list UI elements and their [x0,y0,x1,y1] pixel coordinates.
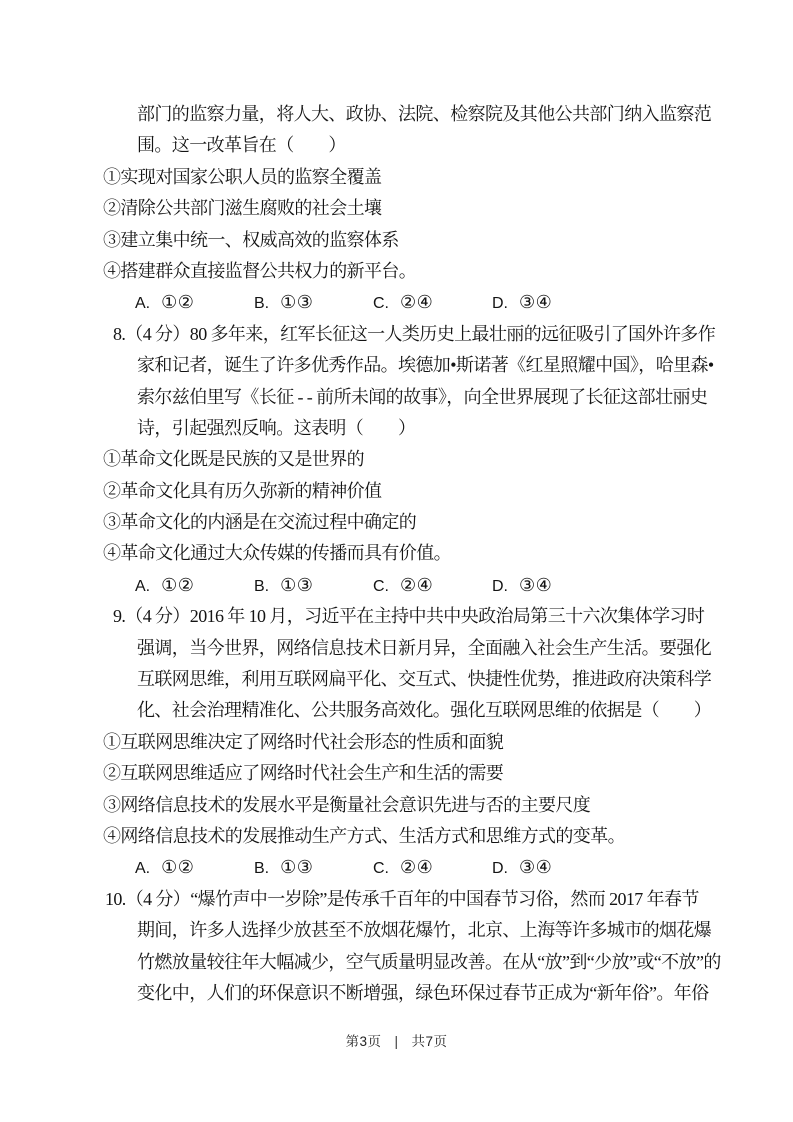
option-value: ③④ [519,292,552,312]
option-value: ①② [161,575,194,595]
question-choice-item: ③网络信息技术的发展水平是衡量社会意识先进与否的主要尺度 [103,790,743,821]
option-label: D. [492,860,508,877]
question-stem-line: 变化中，人们的环保意识不断增强，绿色环保过春节正成为“新年俗”。年俗 [103,978,743,1009]
question-stem-line: 强调，当今世界，网络信息技术日新月异，全面融入社会生产生活。要强化 [103,633,743,664]
question-stem-line: 围。这一改革旨在（ ） [103,130,743,161]
question-stem-line: 家和记者，诞生了许多优秀作品。埃德加•斯诺著《红星照耀中国》，哈里森• [103,350,743,381]
option-c: C.②④ [373,852,492,883]
option-a: A.①② [135,287,254,318]
question-choice-item: ④网络信息技术的发展推动生产方式、生活方式和思维方式的变革。 [103,821,743,852]
exam-body: 部门的监察力量，将人大、政协、法院、检察院及其他公共部门纳入监察范 围。这一改革… [103,99,743,1009]
question-7: 部门的监察力量，将人大、政协、法院、检察院及其他公共部门纳入监察范 围。这一改革… [103,99,743,319]
option-value: ③④ [519,857,552,877]
question-stem-line: 互联网思维，利用互联网扁平化、交互式、快捷性优势，推进政府决策科学 [103,664,743,695]
option-label: D. [492,578,508,595]
question-choice-item: ④革命文化通过大众传媒的传播而具有价值。 [103,538,743,569]
question-8: 8.（4 分）80 多年来，红军长征这一人类历史上最壮丽的远征吸引了国外许多作 … [103,319,743,602]
option-value: ②④ [400,575,433,595]
option-label: B. [254,860,269,877]
option-value: ①② [161,292,194,312]
option-value: ①③ [280,575,313,595]
answer-options-row: A.①② B.①③ C.②④ D.③④ [103,287,743,318]
option-label: A. [135,578,150,595]
question-choice-item: ①实现对国家公职人员的监察全覆盖 [103,162,743,193]
option-value: ③④ [519,575,552,595]
footer-separator: | [394,1034,398,1049]
option-value: ①③ [280,857,313,877]
question-stem-line: 8.（4 分）80 多年来，红军长征这一人类历史上最壮丽的远征吸引了国外许多作 [103,319,743,350]
option-c: C.②④ [373,570,492,601]
option-c: C.②④ [373,287,492,318]
question-stem-line: 9.（4 分）2016 年 10 月，习近平在主持中共中央政治局第三十六次集体学… [103,601,743,632]
option-value: ②④ [400,292,433,312]
option-label: C. [373,578,389,595]
option-d: D.③④ [492,570,611,601]
option-label: A. [135,295,150,312]
question-stem-line: 期间，许多人选择少放甚至不放烟花爆竹，北京、上海等许多城市的烟花爆 [103,915,743,946]
question-choice-item: ①互联网思维决定了网络时代社会形态的性质和面貌 [103,727,743,758]
option-label: C. [373,860,389,877]
question-choice-item: ①革命文化既是民族的又是世界的 [103,444,743,475]
question-choice-item: ③革命文化的内涵是在交流过程中确定的 [103,507,743,538]
option-label: B. [254,578,269,595]
question-choice-item: ②革命文化具有历久弥新的精神价值 [103,476,743,507]
total-pages-label: 共7页 [412,1034,448,1049]
question-9: 9.（4 分）2016 年 10 月，习近平在主持中共中央政治局第三十六次集体学… [103,601,743,884]
option-a: A.①② [135,852,254,883]
option-value: ①③ [280,292,313,312]
answer-options-row: A.①② B.①③ C.②④ D.③④ [103,570,743,601]
question-choice-item: ③建立集中统一、权威高效的监察体系 [103,225,743,256]
option-label: C. [373,295,389,312]
question-stem-line: 竹燃放量较往年大幅减少，空气质量明显改善。在从“放”到“少放”或“不放”的 [103,947,743,978]
page-footer: 第3页|共7页 [0,1030,793,1050]
option-b: B.①③ [254,287,373,318]
answer-options-row: A.①② B.①③ C.②④ D.③④ [103,852,743,883]
question-10: 10.（4 分）“爆竹声中一岁除”是传承千百年的中国春节习俗，然而 2017 年… [103,884,743,1010]
option-value: ②④ [400,857,433,877]
option-label: A. [135,860,150,877]
question-choice-item: ④搭建群众直接监督公共权力的新平台。 [103,256,743,287]
option-label: B. [254,295,269,312]
option-a: A.①② [135,570,254,601]
option-d: D.③④ [492,852,611,883]
question-stem-line: 索尔兹伯里写《长征 - - 前所未闻的故事》，向全世界展现了长征这部壮丽史 [103,382,743,413]
option-label: D. [492,295,508,312]
question-choice-item: ②清除公共部门滋生腐败的社会土壤 [103,193,743,224]
current-page-label: 第3页 [345,1034,381,1049]
option-b: B.①③ [254,570,373,601]
exam-page: 部门的监察力量，将人大、政协、法院、检察院及其他公共部门纳入监察范 围。这一改革… [0,0,793,1122]
option-b: B.①③ [254,852,373,883]
option-d: D.③④ [492,287,611,318]
question-stem-line: 诗，引起强烈反响。这表明（ ） [103,413,743,444]
question-stem-line: 化、社会治理精准化、公共服务高效化。强化互联网思维的依据是（ ） [103,695,743,726]
option-value: ①② [161,857,194,877]
question-stem-line: 部门的监察力量，将人大、政协、法院、检察院及其他公共部门纳入监察范 [103,99,743,130]
question-choice-item: ②互联网思维适应了网络时代社会生产和生活的需要 [103,758,743,789]
question-stem-line: 10.（4 分）“爆竹声中一岁除”是传承千百年的中国春节习俗，然而 2017 年… [103,884,743,915]
